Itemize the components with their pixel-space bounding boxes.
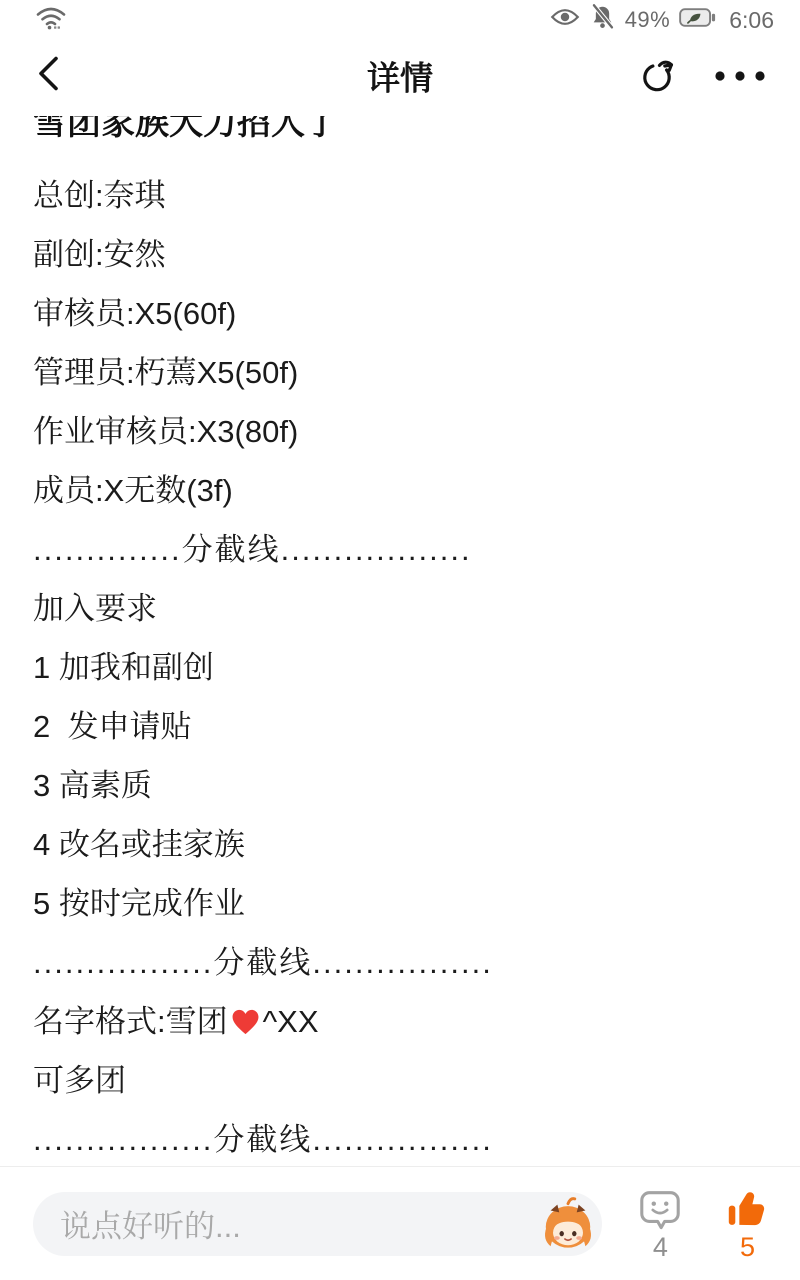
post-line: 成员:X无数(3f): [33, 461, 767, 520]
post-line: 管理员:朽蔫X5(50f): [33, 343, 767, 402]
more-ellipsis-icon[interactable]: [714, 70, 766, 82]
post-line: 4 改名或挂家族: [33, 815, 767, 874]
comment-bar: 说点好听的... 4 5: [0, 1166, 800, 1280]
battery-percent: 49%: [625, 7, 671, 33]
battery-power-saving-icon: [679, 7, 717, 34]
post-line-name-format: 名字格式:雪团^XX: [33, 992, 767, 1051]
eye-comfort-icon: [550, 6, 580, 34]
post-line: 1 加我和副创: [33, 638, 767, 697]
comment-count: 4: [653, 1234, 668, 1261]
like-count: 5: [740, 1234, 755, 1261]
comment-placeholder: 说点好听的...: [60, 1201, 241, 1246]
nav-right-actions: [638, 56, 766, 96]
comment-input[interactable]: 说点好听的...: [33, 1192, 602, 1256]
post-line: 审核员:X5(60f): [33, 284, 767, 343]
wifi-icon: [34, 4, 68, 36]
page-title: 详情: [367, 53, 433, 100]
back-chevron-icon[interactable]: [32, 54, 68, 99]
name-format-prefix: 名字格式:雪团: [33, 1004, 228, 1039]
post-line: 副创:安然: [33, 225, 767, 284]
post-line: 2 发申请贴: [33, 697, 767, 756]
section-divider: ..............分截线..................: [33, 520, 767, 579]
thumbs-up-icon: [724, 1186, 770, 1232]
post-line: 可多团: [33, 1051, 767, 1110]
post-line: 5 按时完成作业: [33, 874, 767, 933]
share-icon[interactable]: [638, 56, 678, 96]
section-divider: .................分截线.................: [33, 1110, 767, 1165]
post-line: 总创:奈琪: [33, 166, 767, 225]
post-line: 3 高素质: [33, 756, 767, 815]
status-bar: 49% 6:06: [0, 0, 800, 36]
clock-time: 6:06: [729, 7, 774, 34]
post-line: 作业审核员:X3(80f): [33, 402, 767, 461]
girl-avatar-sticker-icon[interactable]: [539, 1195, 597, 1253]
red-heart-icon: [230, 1007, 261, 1036]
comments-button[interactable]: 4: [632, 1186, 689, 1261]
like-button[interactable]: 5: [719, 1186, 776, 1261]
post-line: 加入要求: [33, 579, 767, 638]
post-body: 雪团家族大力招人了 总创:奈琪 副创:安然 审核员:X5(60f) 管理员:朽蔫…: [0, 116, 800, 1165]
notification-muted-icon: [589, 3, 616, 37]
comment-bubble-icon: [637, 1186, 683, 1232]
status-right-cluster: 49% 6:06: [550, 3, 774, 37]
name-format-suffix: ^XX: [263, 1004, 319, 1039]
post-title: 雪团家族大力招人了: [33, 116, 767, 153]
section-divider: .................分截线.................: [33, 933, 767, 992]
nav-bar: 详情: [0, 36, 800, 116]
